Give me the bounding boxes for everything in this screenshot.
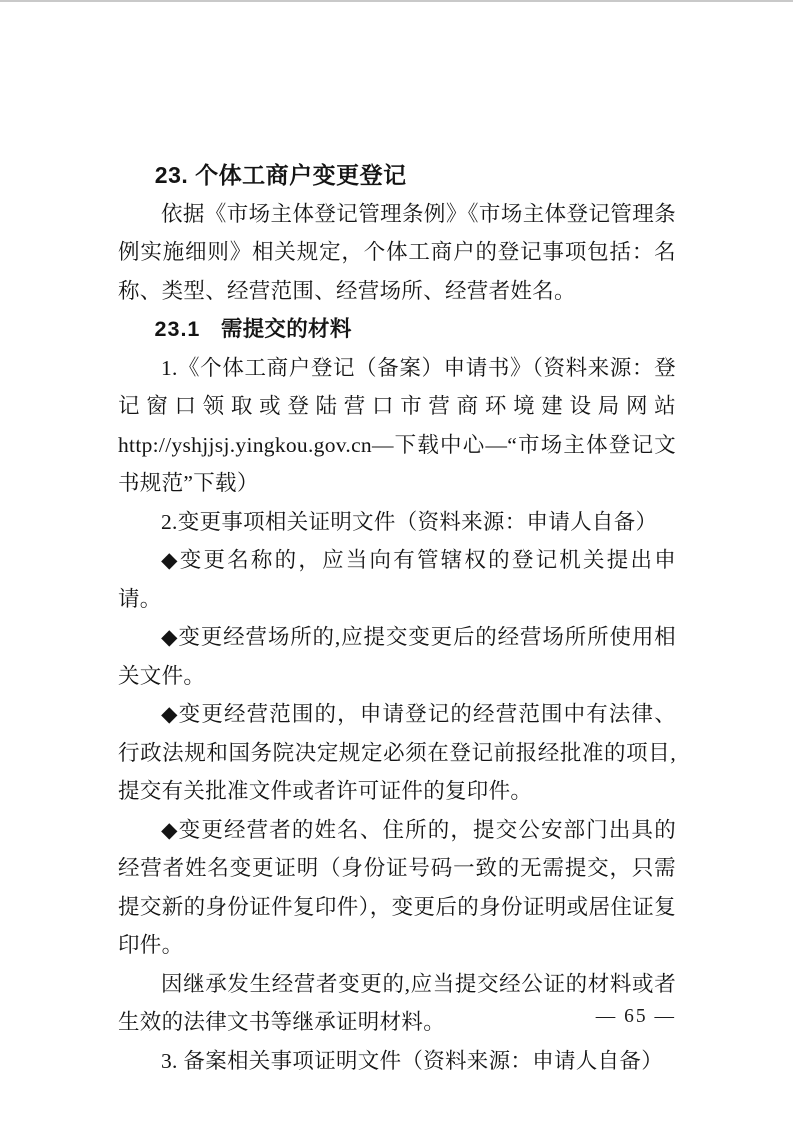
paragraph-item-1: 1.《个体工商户登记（备案）申请书》（资料来源：登记窗口领取或登陆营口市营商环境… bbox=[118, 349, 676, 503]
paragraph-bullet-name-change: ◆变更名称的，应当向有管辖权的登记机关提出申请。 bbox=[118, 541, 676, 618]
paragraph-item-2: 2.变更事项相关证明文件（资料来源：申请人自备） bbox=[118, 503, 676, 542]
paragraph-inheritance: 因继承发生经营者变更的,应当提交经公证的材料或者生效的法律文书等继承证明材料。 bbox=[118, 965, 676, 1042]
footer-page-number: — 65 — bbox=[596, 1003, 676, 1031]
document-page: 23. 个体工商户变更登记 依据《市场主体登记管理条例》《市场主体登记管理条例实… bbox=[0, 0, 793, 1122]
subsection-heading: 23.1需提交的材料 bbox=[118, 310, 676, 349]
subsection-title: 需提交的材料 bbox=[221, 317, 352, 341]
paragraph-bullet-operator-change: ◆变更经营者的姓名、住所的，提交公安部门出具的经营者姓名变更证明（身份证号码一致… bbox=[118, 811, 676, 965]
paragraph-bullet-scope-change: ◆变更经营范围的，申请登记的经营范围中有法律、行政法规和国务院决定规定必须在登记… bbox=[118, 695, 676, 811]
paragraph-bullet-premises-change: ◆变更经营场所的,应提交变更后的经营场所所使用相关文件。 bbox=[118, 618, 676, 695]
section-heading: 23. 个体工商户变更登记 bbox=[118, 156, 676, 195]
subsection-number: 23.1 bbox=[155, 317, 201, 341]
paragraph-item-3: 3. 备案相关事项证明文件（资料来源：申请人自备） bbox=[118, 1042, 676, 1081]
intro-paragraph: 依据《市场主体登记管理条例》《市场主体登记管理条例实施细则》相关规定，个体工商户… bbox=[118, 195, 676, 311]
document-content: 23. 个体工商户变更登记 依据《市场主体登记管理条例》《市场主体登记管理条例实… bbox=[118, 156, 676, 1080]
scan-edge-artifact bbox=[0, 0, 793, 2]
